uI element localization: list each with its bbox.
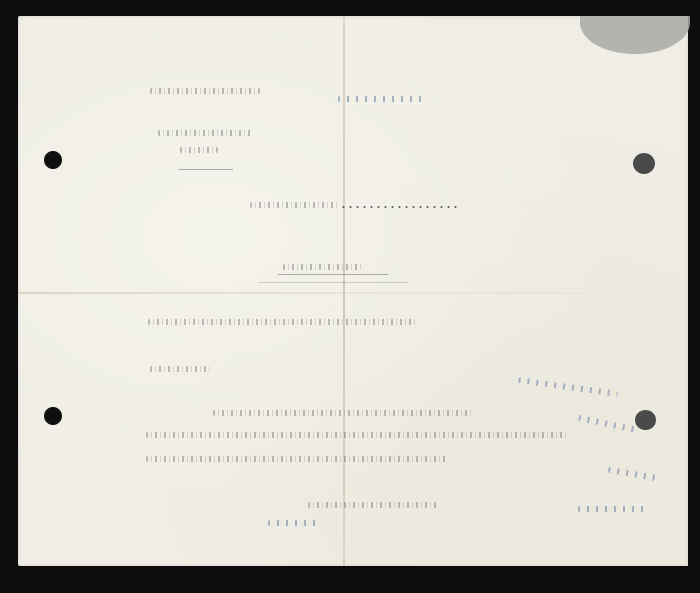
title-underline <box>278 274 388 275</box>
body-line-1: [illegible] <box>148 319 418 325</box>
body-line-4: [illegible] <box>146 432 566 438</box>
header-underline <box>178 169 233 170</box>
header-line-2: [illegible] <box>158 130 253 136</box>
date-mark: [illegible] <box>338 96 428 102</box>
title: [illegible] <box>283 264 363 270</box>
margin-annotation-3 <box>608 467 658 482</box>
header-line-1: [illegible] <box>150 88 260 94</box>
tape-patch <box>580 16 690 54</box>
margin-annotation-4 <box>578 506 648 512</box>
punch-hole-bottom-right <box>635 410 656 430</box>
title-underline-2 <box>258 282 408 283</box>
document-page: [illegible] [illegible] [illegible] [ill… <box>18 16 688 566</box>
margin-annotation-2 <box>578 415 638 433</box>
body-line-2: [illegible] <box>150 366 210 372</box>
closing-mark <box>268 520 318 526</box>
margin-annotation: [illegible blue ink notes] <box>518 377 618 397</box>
salutation-dotted-line <box>340 206 460 208</box>
body-line-3: [illegible] <box>213 410 473 416</box>
closing: [illegible] <box>308 502 438 508</box>
horizontal-fold-line <box>18 292 688 294</box>
punch-hole-top-left <box>44 151 62 169</box>
salutation: [illegible] <box>250 202 340 208</box>
punch-hole-top-right <box>633 153 655 174</box>
header-line-3: [illegible] <box>180 147 218 153</box>
body-line-5: [illegible] <box>146 456 446 462</box>
punch-hole-bottom-left <box>44 407 62 425</box>
